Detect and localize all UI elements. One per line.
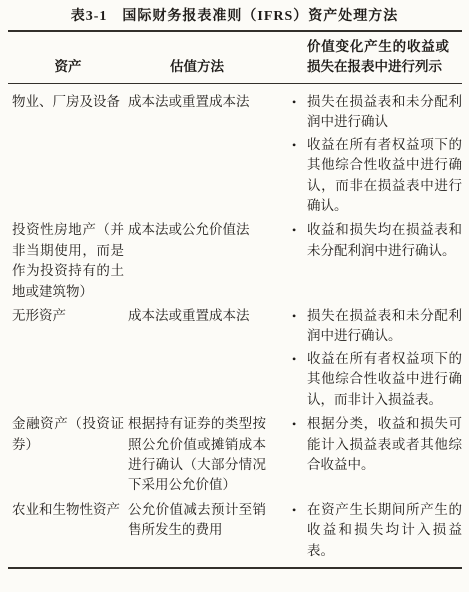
bullet-icon: • — [292, 220, 307, 261]
treatment-cell: •在资产生长期间所产生的收益和损失均计入损益表。 — [292, 500, 462, 561]
treatment-point: •根据分类，收益和损失可能计入损益表或者其他综合收益中。 — [292, 414, 462, 475]
treatment-point-text: 收益在所有者权益项下的其他综合性收益中进行确认，而非计入损益表。 — [307, 349, 462, 410]
treatment-cell: •损失在损益表和未分配利润中进行确认•收益在所有者权益项下的其他综合性收益中进行… — [292, 92, 462, 216]
treatment-point-text: 根据分类，收益和损失可能计入损益表或者其他综合收益中。 — [307, 414, 462, 475]
treatment-point: •损失在损益表和未分配利润中进行确认。 — [292, 306, 462, 347]
column-header-treatment: 价值变化产生的收益或损失在报表中进行列示 — [292, 37, 449, 77]
treatment-point: •收益在所有者权益项下的其他综合性收益中进行确认，而非在损益表中进行确认。 — [292, 135, 462, 217]
bullet-icon: • — [292, 135, 307, 217]
table-row: 农业和生物性资产 公允价值减去预计至销售所发生的费用 •在资产生长期间所产生的收… — [12, 500, 462, 561]
asset-cell: 投资性房地产（并非当期使用，而是作为投资持有的土地或建筑物） — [12, 220, 128, 302]
asset-cell: 农业和生物性资产 — [12, 500, 128, 561]
table-row: 物业、厂房及设备 成本法或重置成本法 •损失在损益表和未分配利润中进行确认•收益… — [12, 92, 462, 216]
column-header-valuation-method: 估值方法 — [128, 57, 292, 77]
table-row: 投资性房地产（并非当期使用，而是作为投资持有的土地或建筑物） 成本法或公允价值法… — [12, 220, 462, 302]
bullet-icon: • — [292, 414, 307, 475]
valuation-method-cell: 根据持有证券的类型按照公允价值或摊销成本进行确认（大部分情况下采用公允价值） — [128, 414, 292, 496]
valuation-method-cell: 成本法或重置成本法 — [128, 92, 292, 216]
treatment-point: •损失在损益表和未分配利润中进行确认 — [292, 92, 462, 133]
table-header-row: 资产 估值方法 价值变化产生的收益或损失在报表中进行列示 — [8, 32, 462, 84]
treatment-point: •收益在所有者权益项下的其他综合性收益中进行确认，而非计入损益表。 — [292, 349, 462, 410]
asset-cell: 无形资产 — [12, 306, 128, 410]
table-row: 无形资产 成本法或重置成本法 •损失在损益表和未分配利润中进行确认。•收益在所有… — [12, 306, 462, 410]
treatment-point-text: 损失在损益表和未分配利润中进行确认。 — [307, 306, 462, 347]
valuation-method-cell: 成本法或公允价值法 — [128, 220, 292, 302]
table-row: 金融资产（投资证券） 根据持有证券的类型按照公允价值或摊销成本进行确认（大部分情… — [12, 414, 462, 496]
treatment-cell: •收益和损失均在损益表和未分配利润中进行确认。 — [292, 220, 462, 302]
treatment-cell: •损失在损益表和未分配利润中进行确认。•收益在所有者权益项下的其他综合性收益中进… — [292, 306, 462, 410]
ifrs-asset-table: 资产 估值方法 价值变化产生的收益或损失在报表中进行列示 物业、厂房及设备 成本… — [8, 30, 462, 569]
bullet-icon: • — [292, 349, 307, 410]
treatment-point-text: 收益和损失均在损益表和未分配利润中进行确认。 — [307, 220, 462, 261]
document-page: 表3-1 国际财务报表准则（IFRS）资产处理方法 资产 估值方法 价值变化产生… — [0, 0, 469, 592]
treatment-point: •在资产生长期间所产生的收益和损失均计入损益表。 — [292, 500, 462, 561]
bullet-icon: • — [292, 306, 307, 347]
treatment-cell: •根据分类，收益和损失可能计入损益表或者其他综合收益中。 — [292, 414, 462, 496]
treatment-point-text: 收益在所有者权益项下的其他综合性收益中进行确认，而非在损益表中进行确认。 — [307, 135, 462, 217]
treatment-point-text: 损失在损益表和未分配利润中进行确认 — [307, 92, 462, 133]
table-title: 表3-1 国际财务报表准则（IFRS）资产处理方法 — [0, 0, 469, 30]
bullet-icon: • — [292, 500, 307, 561]
bullet-icon: • — [292, 92, 307, 133]
table-body: 物业、厂房及设备 成本法或重置成本法 •损失在损益表和未分配利润中进行确认•收益… — [8, 84, 462, 567]
treatment-point-text: 在资产生长期间所产生的收益和损失均计入损益表。 — [307, 500, 462, 561]
asset-cell: 物业、厂房及设备 — [12, 92, 128, 216]
valuation-method-cell: 公允价值减去预计至销售所发生的费用 — [128, 500, 292, 561]
column-header-asset: 资产 — [12, 57, 128, 77]
valuation-method-cell: 成本法或重置成本法 — [128, 306, 292, 410]
asset-cell: 金融资产（投资证券） — [12, 414, 128, 496]
treatment-point: •收益和损失均在损益表和未分配利润中进行确认。 — [292, 220, 462, 261]
